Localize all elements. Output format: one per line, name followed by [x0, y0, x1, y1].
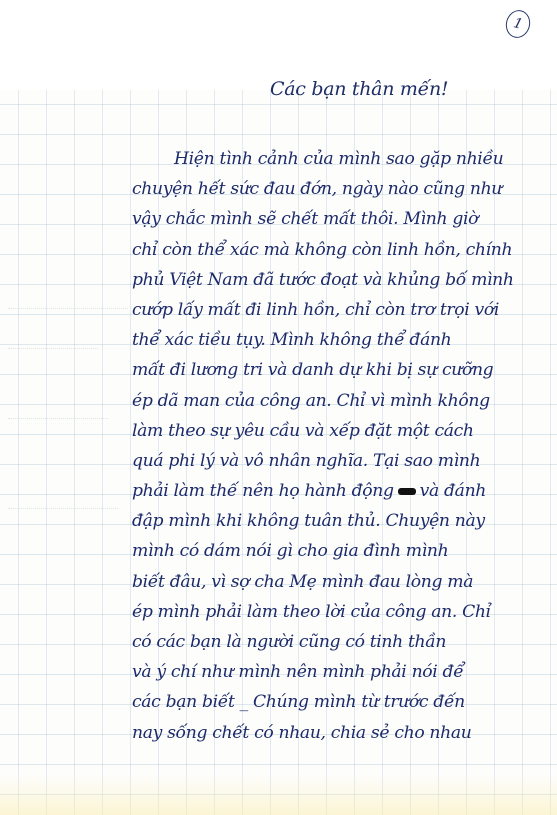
- notebook-page: 1 Các bạn thân mến! Hiện tình cảnh của m…: [0, 0, 557, 815]
- letter-line: Hiện tình cảnh của mình sao gặp nhiều: [138, 144, 548, 174]
- letter-line: chuyện hết sức đau đớn, ngày nào cũng nh…: [132, 174, 548, 204]
- letter-line: đập mình khi không tuân thủ. Chuyện này: [132, 506, 548, 536]
- letter-line: vậy chắc mình sẽ chết mất thôi. Mình giờ: [132, 204, 548, 234]
- bleed-through-mark: [8, 340, 98, 349]
- letter-line: thể xác tiều tụy. Mình không thể đánh: [132, 325, 548, 355]
- letter-line: quá phi lý và vô nhân nghĩa. Tại sao mìn…: [132, 446, 548, 476]
- bleed-through-mark: [8, 500, 118, 509]
- bleed-through-mark: [8, 300, 128, 309]
- letter-line: và ý chí như mình nên mình phải nói để: [132, 657, 548, 687]
- letter-line: cướp lấy mất đi linh hồn, chỉ còn trơ tr…: [132, 295, 548, 325]
- letter-line: có các bạn là người cũng có tinh thần: [132, 627, 548, 657]
- letter-greeting: Các bạn thân mến!: [270, 78, 448, 100]
- letter-line: mình có dám nói gì cho gia đình mình: [132, 536, 548, 566]
- letter-line: nay sống chết có nhau, chia sẻ cho nhau: [132, 718, 548, 748]
- letter-line: ép mình phải làm theo lời của công an. C…: [132, 597, 548, 627]
- letter-line: biết đâu, vì sợ cha Mẹ mình đau lòng mà: [132, 567, 548, 597]
- page-number: 1: [503, 7, 533, 40]
- letter-line: các bạn biết _ Chúng mình từ trước đến: [132, 687, 548, 717]
- letter-line: mất đi lương tri và danh dự khi bị sự cư…: [132, 355, 548, 385]
- letter-line-segment: và đánh: [420, 481, 486, 501]
- letter-line: chỉ còn thể xác mà không còn linh hồn, c…: [132, 235, 548, 265]
- ink-blot-redaction: [398, 488, 416, 495]
- letter-line: phủ Việt Nam đã tước đoạt và khủng bố mì…: [132, 265, 548, 295]
- letter-body: Hiện tình cảnh của mình sao gặp nhiều ch…: [138, 144, 548, 748]
- letter-line: làm theo sự yêu cầu và xếp đặt một cách: [132, 416, 548, 446]
- letter-line-with-redaction: phải làm thế nên họ hành độngvà đánh: [132, 476, 548, 506]
- letter-line: ép dã man của công an. Chỉ vì mình không: [132, 386, 548, 416]
- letter-line-segment: phải làm thế nên họ hành động: [132, 481, 394, 501]
- bleed-through-mark: [8, 410, 108, 419]
